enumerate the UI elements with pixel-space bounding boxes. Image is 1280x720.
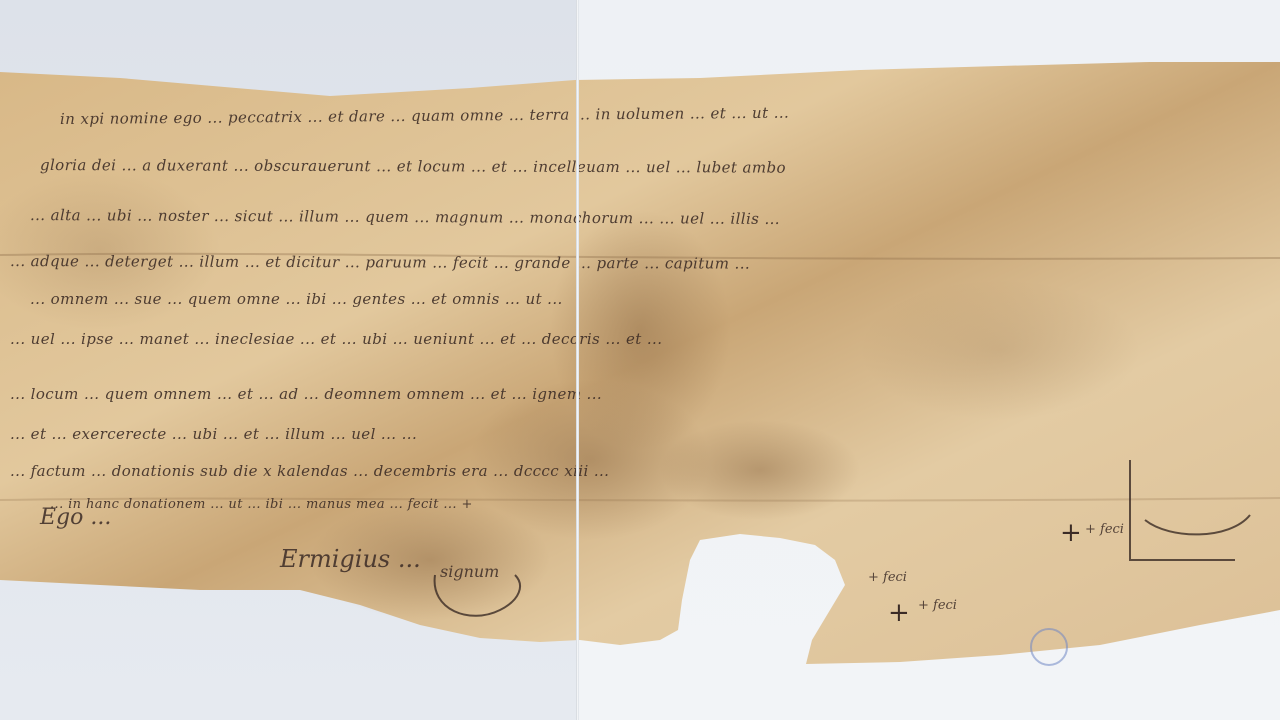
subscription: + feci	[1085, 522, 1124, 537]
manuscript-text: in xpi nomine ego ... peccatrix ... et d…	[0, 0, 1280, 720]
signature: signum	[440, 562, 499, 581]
manuscript-line: ... locum ... quem omnem ... et ... ad .…	[10, 385, 602, 403]
manuscript-line: ... in hanc donationem ... ut ... ibi ..…	[50, 497, 473, 512]
archive-stamp	[1030, 628, 1068, 666]
manuscript-line: ... et ... exercerecte ... ubi ... et ..…	[10, 425, 417, 443]
manuscript-line: ... adque ... deterget ... illum ... et …	[10, 252, 750, 273]
subscription: + feci	[918, 598, 957, 613]
manuscript-line: gloria dei ... a duxerant ... obscurauer…	[40, 156, 786, 177]
manuscript-line: ... factum ... donationis sub die x kale…	[10, 462, 609, 480]
cross-mark: +	[888, 598, 910, 628]
manuscript-line: ... alta ... ubi ... noster ... sicut ..…	[30, 206, 780, 228]
manuscript-line: ... omnem ... sue ... quem omne ... ibi …	[30, 290, 563, 308]
manuscript-line: ... uel ... ipse ... manet ... ineclesia…	[10, 330, 662, 348]
signature: Ego ...	[40, 505, 111, 530]
manuscript-line: in xpi nomine ego ... peccatrix ... et d…	[60, 104, 789, 128]
signature: Ermigius ...	[280, 545, 421, 573]
subscription: + feci	[868, 570, 907, 585]
fold-line	[576, 0, 579, 720]
cross-mark: +	[1060, 518, 1082, 548]
